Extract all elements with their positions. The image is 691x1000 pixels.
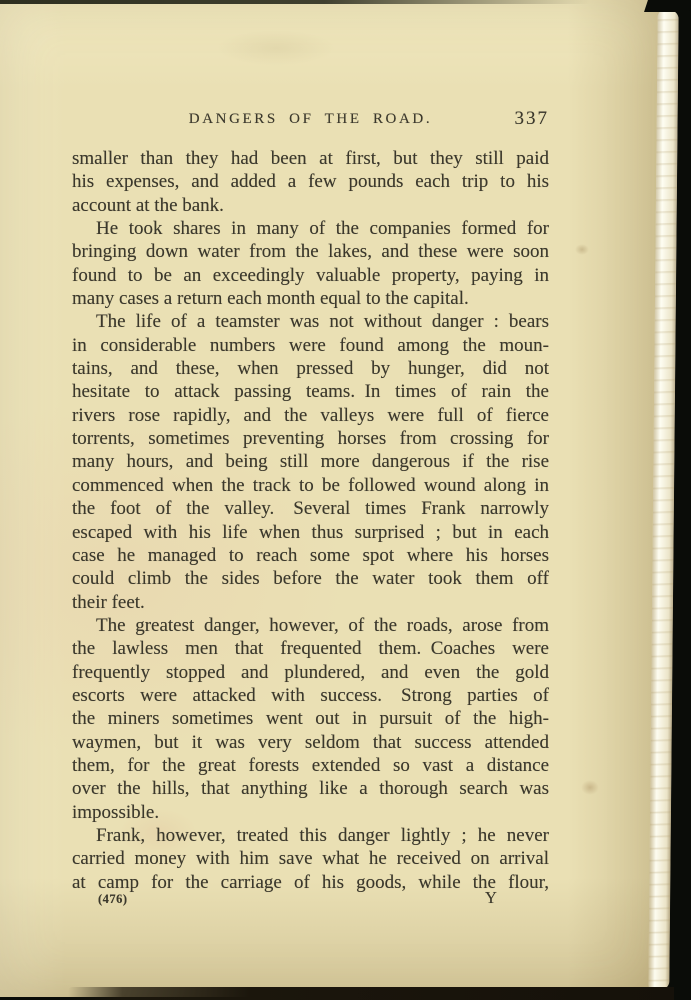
page-number: 337 [515, 108, 550, 130]
foxing-stain [581, 780, 599, 795]
text-line: the lawless men that frequented them. Co… [72, 637, 549, 660]
scan-top-shadow [0, 0, 590, 4]
text-line: the miners sometimes went out in pursuit… [72, 707, 549, 730]
book-page: DANGERS OF THE ROAD. 337 smaller than th… [0, 0, 660, 997]
text-line: their feet. [72, 591, 549, 614]
text-line: Frank, however, treated this danger ligh… [72, 824, 549, 847]
text-line: them, for the great forests extended so … [72, 754, 549, 777]
foxing-stain [575, 244, 589, 255]
text-line: The life of a teamster was not without d… [72, 310, 549, 333]
text-line: waymen, but it was very seldom that succ… [72, 731, 549, 754]
text-line: impossible. [72, 801, 549, 824]
text-line: over the hills, that anything like a tho… [72, 777, 549, 800]
body-text: smaller than they had been at first, but… [72, 147, 549, 894]
text-line: case he managed to reach some spot where… [72, 544, 549, 567]
text-line: The greatest danger, however, of the roa… [72, 614, 549, 637]
text-line: He took shares in many of the companies … [72, 217, 549, 240]
scan-bottom-shadow [68, 987, 674, 1000]
text-line: found to be an exceedingly valuable prop… [72, 264, 549, 287]
page-footer: (476) Y [72, 888, 549, 910]
text-line: tains, and these, when pressed by hunger… [72, 357, 549, 380]
running-head: DANGERS OF THE ROAD. 337 [72, 111, 549, 128]
foxing-stain [216, 30, 336, 66]
text-line: could climb the sides before the water t… [72, 567, 549, 590]
text-line: hesitate to attack passing teams. In tim… [72, 380, 549, 403]
printer-signature: (476) [98, 892, 128, 907]
text-line: in considerable numbers were found among… [72, 334, 549, 357]
text-line: carried money with him save what he rece… [72, 847, 549, 870]
text-line: account at the bank. [72, 194, 549, 217]
text-line: many cases a return each month equal to … [72, 287, 549, 310]
text-line: smaller than they had been at first, but… [72, 147, 549, 170]
text-line: escorts were attacked with success. Stro… [72, 684, 549, 707]
text-line: his expenses, and added a few pounds eac… [72, 170, 549, 193]
scan-background-corner [644, 0, 691, 12]
text-line: bringing down water from the lakes, and … [72, 240, 549, 263]
text-line: commenced when the track to be followed … [72, 474, 549, 497]
catchword: Y [485, 888, 497, 908]
text-line: many hours, and being still more dangero… [72, 450, 549, 473]
text-line: the foot of the valley. Several times Fr… [72, 497, 549, 520]
text-line: frequently stopped and plundered, and ev… [72, 661, 549, 684]
text-line: rivers rose rapidly, and the valleys wer… [72, 404, 549, 427]
text-line: torrents, sometimes preventing horses fr… [72, 427, 549, 450]
text-line: escaped with his life when thus surprise… [72, 521, 549, 544]
page-title: DANGERS OF THE ROAD. [72, 111, 549, 128]
book-scan: DANGERS OF THE ROAD. 337 smaller than th… [0, 0, 691, 1000]
